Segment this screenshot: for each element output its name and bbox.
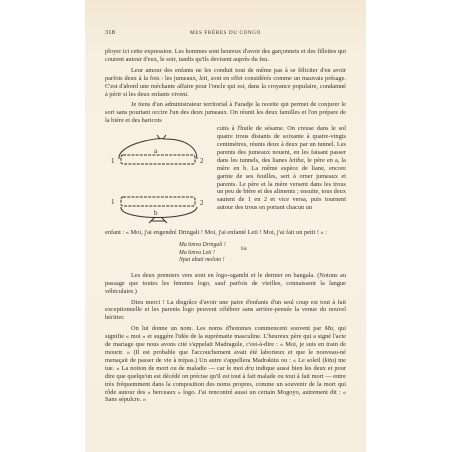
italic-term: Ma — [325, 325, 333, 332]
book-page: 318 MES FRÈRES DU CONGO ployer ici cette… — [85, 0, 366, 452]
svg-text:2: 2 — [200, 157, 204, 165]
paragraph-2: Leur amour des enfants ne les conduit to… — [105, 67, 346, 99]
text: , le père en a, la mère en b. La même es… — [217, 157, 346, 211]
paragraph-6: On lui donne un nom. Les noms d'hommes c… — [105, 325, 346, 404]
holes-and-lianes-illustration: a 1 2 1 2 b — [105, 125, 213, 229]
text: On lui donne un nom. Les noms d'hommes c… — [131, 325, 325, 332]
verse-line: Ma timva Dringali ! — [179, 242, 346, 250]
running-title: MES FRÈRES DU CONGO — [105, 30, 346, 36]
verse-line: Ma timva Leti ! — [179, 250, 346, 258]
italic-term: kitu — [325, 357, 335, 364]
svg-text:1: 1 — [111, 198, 115, 206]
svg-text:1: 1 — [111, 157, 115, 165]
svg-text:a: a — [154, 147, 158, 155]
bis-mark: bis — [241, 246, 247, 254]
twin-ritual-diagram: a 1 2 1 2 b — [105, 125, 213, 229]
italic-term: dra — [245, 365, 254, 372]
page-header: 318 MES FRÈRES DU CONGO — [105, 29, 346, 39]
page-body: ployer ici cette expression. Les hommes … — [105, 48, 346, 407]
verse-line: Npai abuti moloto ! — [179, 257, 346, 265]
paragraph-3: Je tiens d'un administrateur territorial… — [105, 101, 346, 125]
chant-verse: Ma timva Dringali ! Ma timva Leti ! Npai… — [179, 242, 346, 265]
figure-with-text: a 1 2 1 2 b cuits à l'huile de sésame. O… — [105, 125, 346, 229]
italic-term: letiba — [289, 157, 303, 164]
paragraph-5: Dieu merci ! La disgrâce d'avoir une pai… — [105, 299, 346, 323]
svg-text:2: 2 — [200, 199, 204, 207]
paragraph-4: Les deux premiers vers sont en logo-ogam… — [105, 272, 346, 296]
paragraph-1: ployer ici cette expression. Les hommes … — [105, 48, 346, 64]
paragraph-3-end: enfant : « Moi, j'ai engendré Dringali !… — [105, 229, 346, 237]
svg-text:b: b — [154, 209, 158, 217]
